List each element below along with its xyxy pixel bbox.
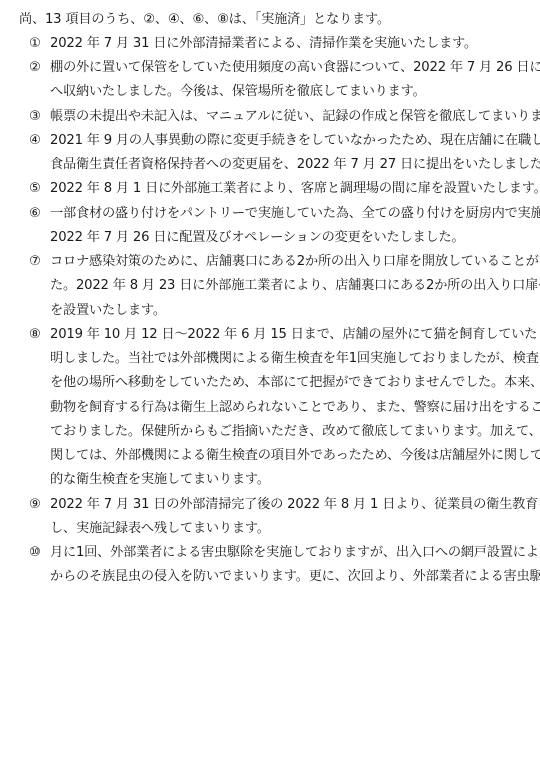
- item-marker-7: ⑦: [29, 254, 47, 270]
- item-marker-9: ⑨: [29, 497, 47, 513]
- item-7-line-3: を設置いたします。: [50, 303, 166, 319]
- item-8-line-5: ておりました。保健所からもご指摘いただき、改めて徹底してまいります。加えて、店舗…: [50, 424, 540, 440]
- item-8-line-7: 的な衛生検査を実施してまいります。: [50, 472, 270, 488]
- item-8-line-6: 関しては、外部機関による衛生検査の項目外であったため、今後は店舗屋外に関しても定…: [50, 448, 540, 464]
- item-7-line-2: た。2022 年 8 月 23 日に外部施工業者により、店舗裏口にある2か所の出…: [50, 278, 540, 294]
- item-marker-5: ⑤: [29, 181, 47, 197]
- item-6-line-1: 一部食材の盛り付けをパントリーで実施していた為、全ての盛り付けを厨房内で実施する…: [50, 206, 540, 222]
- item-marker-8: ⑧: [29, 327, 47, 343]
- item-marker-6: ⑥: [29, 206, 47, 222]
- item-5-line-1: 2022 年 8 月 1 日に外部施工業者により、客席と調理場の間に扉を設置いた…: [50, 181, 540, 197]
- item-6-line-2: 2022 年 7 月 26 日に配置及びオペレーションの変更をいたしました。: [50, 230, 464, 246]
- intro-text: 尚、13 項目のうち、②、④、⑥、⑧は、「実施済」となります。: [19, 12, 390, 28]
- item-marker-1: ①: [29, 36, 47, 52]
- item-2-line-2: へ収納いたしました。今後は、保管場所を徹底してまいります。: [50, 84, 426, 100]
- item-3-line-1: 帳票の未提出や未記入は、マニュアルに従い、記録の作成と保管を徹底してまいります。: [50, 109, 540, 125]
- item-8-line-3: を他の場所へ移動をしていたため、本部にて把握ができておりませんでした。本来、飲食…: [50, 375, 540, 391]
- item-8-line-2: 明しました。当社では外部機関による衛生検査を年1回実施しておりましたが、検査当日…: [50, 351, 540, 367]
- item-7-line-1: コロナ感染対策のために、店舗裏口にある2か所の出入り口扉を開放していることがござ…: [50, 254, 540, 270]
- item-4-line-2: 食品衛生責任者資格保持者への変更届を、2022 年 7 月 27 日に提出をいた…: [50, 157, 540, 173]
- item-marker-2: ②: [29, 60, 47, 76]
- item-2-line-1: 棚の外に置いて保管をしていた使用頻度の高い食器について、2022 年 7 月 2…: [50, 60, 540, 76]
- item-marker-4: ④: [29, 133, 47, 149]
- document-page: 尚、13 項目のうち、②、④、⑥、⑧は、「実施済」となります。 ① 2022 年…: [0, 0, 540, 773]
- item-8-line-4: 動物を飼育する行為は衛生上認められないことであり、また、警察に届け出をすることを…: [50, 400, 540, 416]
- item-1-line-1: 2022 年 7 月 31 日に外部清掃業者による、清掃作業を実施いたします。: [50, 36, 477, 52]
- item-10-line-2: からのそ族昆虫の侵入を防いでまいります。更に、次回より、外部業者による害虫駆除の…: [50, 569, 540, 585]
- item-9-line-1: 2022 年 7 月 31 日の外部清掃完了後の 2022 年 8 月 1 日よ…: [50, 497, 540, 513]
- item-4-line-1: 2021 年 9 月の人事異動の際に変更手続きをしていなかったため、現在店舗に在…: [50, 133, 540, 149]
- item-8-line-1: 2019 年 10 月 12 日～2022 年 6 月 15 日まで、店舗の屋外…: [50, 327, 540, 343]
- item-10-line-1: 月に1回、外部業者による害虫駆除を実施しておりますが、出入口への網戸設置により、…: [50, 545, 540, 561]
- item-9-line-2: し、実施記録表へ残してまいります。: [50, 521, 270, 537]
- item-marker-3: ③: [29, 109, 47, 125]
- item-marker-10: ⑩: [29, 545, 47, 561]
